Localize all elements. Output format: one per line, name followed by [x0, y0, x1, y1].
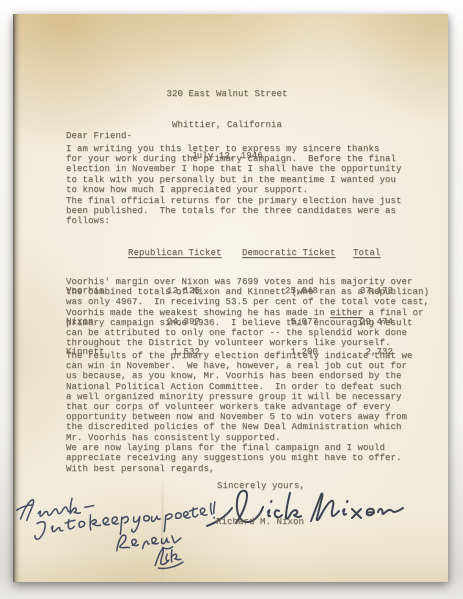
- note-line-frank: [16, 494, 94, 521]
- address-street: 320 East Walnut Street: [143, 89, 311, 99]
- table-header-row: Republican Ticket Democratic Ticket Tota…: [66, 248, 426, 258]
- paragraph-4: The results of the primary election defi…: [66, 351, 413, 443]
- closing-line: With best personal regards,: [66, 464, 215, 474]
- paragraph-2: The final official returns for the prima…: [66, 196, 402, 227]
- handwritten-note: [15, 492, 263, 599]
- note-line-dick: [154, 547, 184, 569]
- letter-paper: 320 East Walnut Street Whittier, Califor…: [13, 14, 448, 582]
- paragraph-5: We are now laying plans for the final ca…: [66, 443, 402, 463]
- column-header-democratic: Democratic Ticket: [242, 248, 353, 258]
- address-city: Whittier, California: [143, 120, 311, 130]
- column-header-republican: Republican Ticket: [128, 248, 242, 258]
- paragraph-3: Voorhis' margin over Nixon was 7699 vote…: [66, 277, 429, 348]
- paragraph-1: I am writing you this letter to express …: [66, 144, 402, 195]
- column-spacer: [66, 248, 128, 258]
- column-header-total: Total: [353, 248, 398, 258]
- salutation: Dear Friend-: [66, 131, 132, 141]
